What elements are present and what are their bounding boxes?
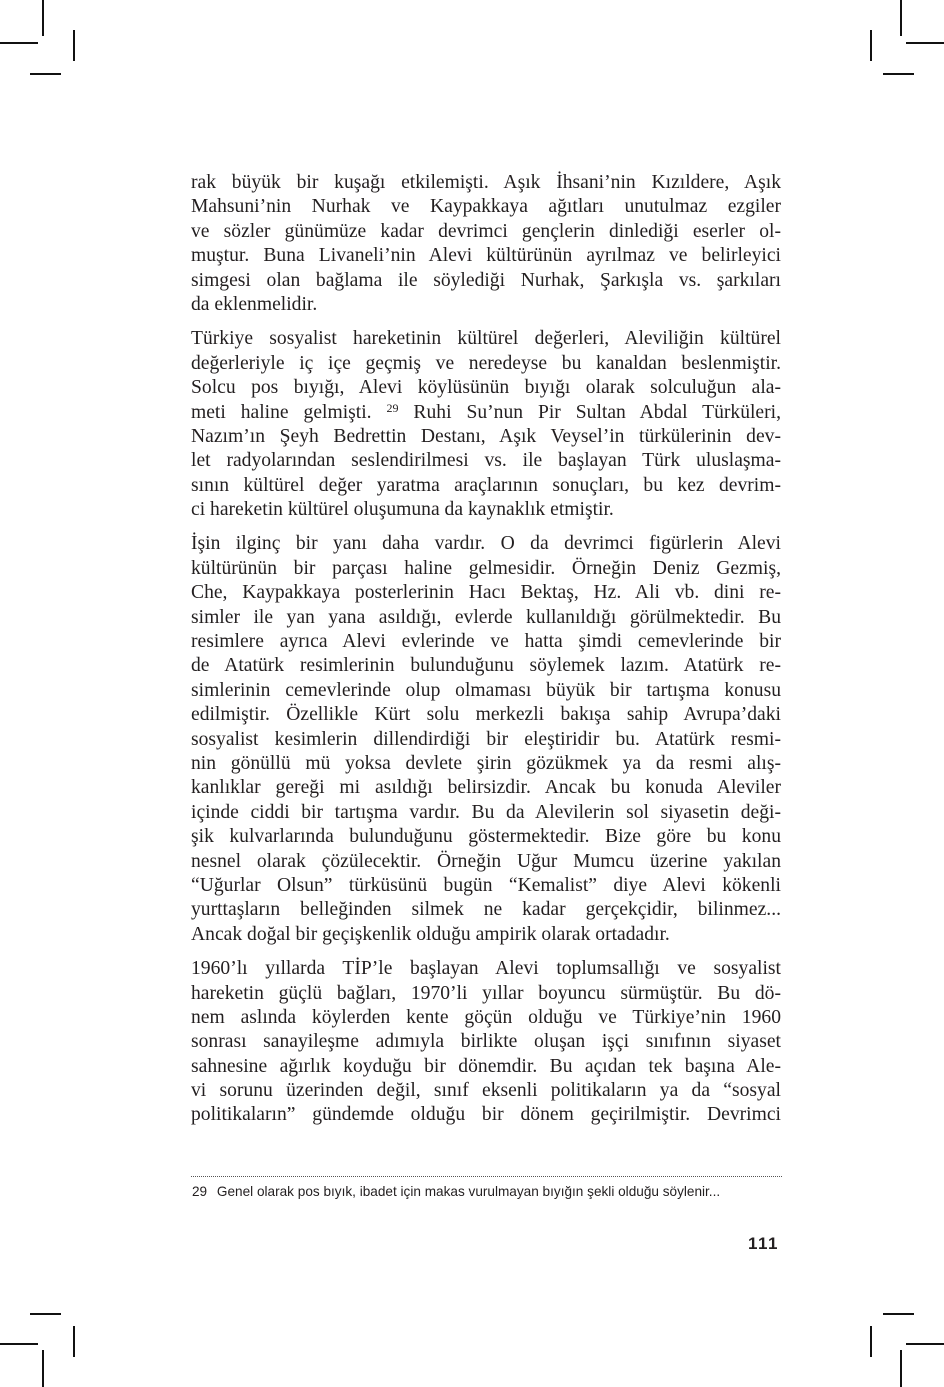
paragraph-2: Türkiye sosyalist hareketinin kültürel d… bbox=[191, 327, 781, 522]
page-number: 111 bbox=[748, 1234, 779, 1254]
crop-mark-bl-vertical-long bbox=[42, 1350, 44, 1387]
text-line: içinde ciddi bir tartışma vardır. Bu da … bbox=[191, 801, 781, 825]
text-line: simlerinin cemevlerinde olup olmaması bü… bbox=[191, 679, 781, 703]
text-line: 1960’lı yıllarda TİP’le başlayan Alevi t… bbox=[191, 957, 781, 981]
text-line: muştur. Buna Livaneli’nin Alevi kültürün… bbox=[191, 244, 781, 268]
text-line: Ancak doğal bir geçişkenlik olduğu ampir… bbox=[191, 923, 781, 947]
text-line: kanlıklar gereği mi asıldığı belirsizdir… bbox=[191, 776, 781, 800]
text-line: “Uğurlar Olsun” türküsünü bugün “Kemalis… bbox=[191, 874, 781, 898]
text-line: Nazım’ın Şeyh Bedrettin Destanı, Aşık Ve… bbox=[191, 425, 781, 449]
text-line: edilmiştir. Özellikle Kürt solu merkezli… bbox=[191, 703, 781, 727]
text-line: nem aslında köylerden kente göçün olduğu… bbox=[191, 1006, 781, 1030]
crop-mark-bl-horizontal-long bbox=[0, 1343, 38, 1345]
text-line: hareketin güçlü bağları, 1970’li yıllar … bbox=[191, 982, 781, 1006]
text-line: politikaların” gündemde olduğu bir dönem… bbox=[191, 1103, 781, 1127]
crop-mark-tl-vertical-short bbox=[73, 30, 75, 61]
footnote-reference[interactable]: 29 bbox=[387, 401, 399, 415]
text-line: de Atatürk resimlerinin bulunduğunu söyl… bbox=[191, 654, 781, 678]
crop-mark-bl-horizontal-short bbox=[30, 1313, 61, 1315]
text-line: simgesi olan bağlama ile söylediği Nurha… bbox=[191, 269, 781, 293]
text-line: sosyalist kesimlerin dillendirdiği bir e… bbox=[191, 728, 781, 752]
footnote: 29 Genel olarak pos bıyık, ibadet için m… bbox=[192, 1183, 782, 1201]
paragraph-4: 1960’lı yıllarda TİP’le başlayan Alevi t… bbox=[191, 957, 781, 1128]
crop-mark-tr-horizontal-short bbox=[883, 73, 914, 75]
footnote-number: 29 bbox=[192, 1184, 207, 1199]
text-line: sonrası sanayileşme adımıyla birlikte ol… bbox=[191, 1030, 781, 1054]
text-line: ci hareketin kültürel oluşumuna da kayna… bbox=[191, 498, 781, 522]
text-line: let radyolarından seslendirilmesi vs. il… bbox=[191, 449, 781, 473]
body-text: rak büyük bir kuşağı etkilemişti. Aşık İ… bbox=[191, 171, 781, 1138]
crop-mark-bl-vertical-short bbox=[73, 1326, 75, 1357]
text-line: Solcu pos bıyığı, Alevi köylüsünün bıyığ… bbox=[191, 376, 781, 400]
crop-mark-tl-vertical-long bbox=[42, 0, 44, 36]
text-line: nesnel olarak çözülecektir. Örneğin Uğur… bbox=[191, 850, 781, 874]
crop-mark-br-horizontal-short bbox=[883, 1313, 914, 1315]
text-line: rak büyük bir kuşağı etkilemişti. Aşık İ… bbox=[191, 171, 781, 195]
text-line: da eklenmelidir. bbox=[191, 293, 781, 317]
text-line: vi sorunu üzerinden değil, sınıf eksenli… bbox=[191, 1079, 781, 1103]
text-line: değerleriyle iç içe geçmiş ve neredeyse … bbox=[191, 352, 781, 376]
footnote-text: Genel olarak pos bıyık, ibadet için maka… bbox=[217, 1184, 720, 1199]
text-line: resimlere ayrıca Alevi evlerinde ve hatt… bbox=[191, 630, 781, 654]
text-line: İşin ilginç bir yanı daha vardır. O da d… bbox=[191, 532, 781, 556]
text-line: Türkiye sosyalist hareketinin kültürel d… bbox=[191, 327, 781, 351]
text-line: şik kulvarlarında bulunduğunu göstermekt… bbox=[191, 825, 781, 849]
text-line: sahnesine ağırlık koyduğu bir dönemdir. … bbox=[191, 1055, 781, 1079]
crop-mark-tr-vertical-long bbox=[900, 0, 902, 36]
footnote-divider bbox=[191, 1176, 782, 1177]
text-segment: Ruhi Su’nun Pir Sultan Abdal Türküleri, bbox=[413, 402, 781, 423]
text-line: yurttaşların belleğinden silmek ne kadar… bbox=[191, 898, 781, 922]
text-line: kültürünün bir parçası haline gelmesidir… bbox=[191, 557, 781, 581]
text-line: ve sözler günümüze kadar devrimci gençle… bbox=[191, 220, 781, 244]
crop-mark-br-vertical-short bbox=[870, 1326, 872, 1357]
crop-mark-br-vertical-long bbox=[900, 1350, 902, 1387]
text-line: sının kültürel değer yaratma araçlarının… bbox=[191, 474, 781, 498]
text-line: Che, Kaypakkaya posterlerinin Hacı Bekta… bbox=[191, 581, 781, 605]
paragraph-3: İşin ilginç bir yanı daha vardır. O da d… bbox=[191, 532, 781, 947]
text-segment: meti haline gelmişti. bbox=[191, 402, 372, 423]
crop-mark-tl-horizontal-short bbox=[30, 73, 61, 75]
text-line: Mahsuni’nin Nurhak ve Kaypakkaya ağıtlar… bbox=[191, 195, 781, 219]
crop-mark-tl-horizontal-long bbox=[0, 42, 38, 44]
text-line-with-footnote-ref: meti haline gelmişti. 29 Ruhi Su’nun Pir… bbox=[191, 401, 781, 425]
text-line: simler ile yan yana asıldığı, evlerde ku… bbox=[191, 606, 781, 630]
text-line: nin gönüllü mü yoksa devlete şirin gözük… bbox=[191, 752, 781, 776]
crop-mark-br-horizontal-long bbox=[906, 1343, 944, 1345]
crop-mark-tr-vertical-short bbox=[870, 30, 872, 61]
paragraph-1: rak büyük bir kuşağı etkilemişti. Aşık İ… bbox=[191, 171, 781, 317]
crop-mark-tr-horizontal-long bbox=[906, 42, 944, 44]
